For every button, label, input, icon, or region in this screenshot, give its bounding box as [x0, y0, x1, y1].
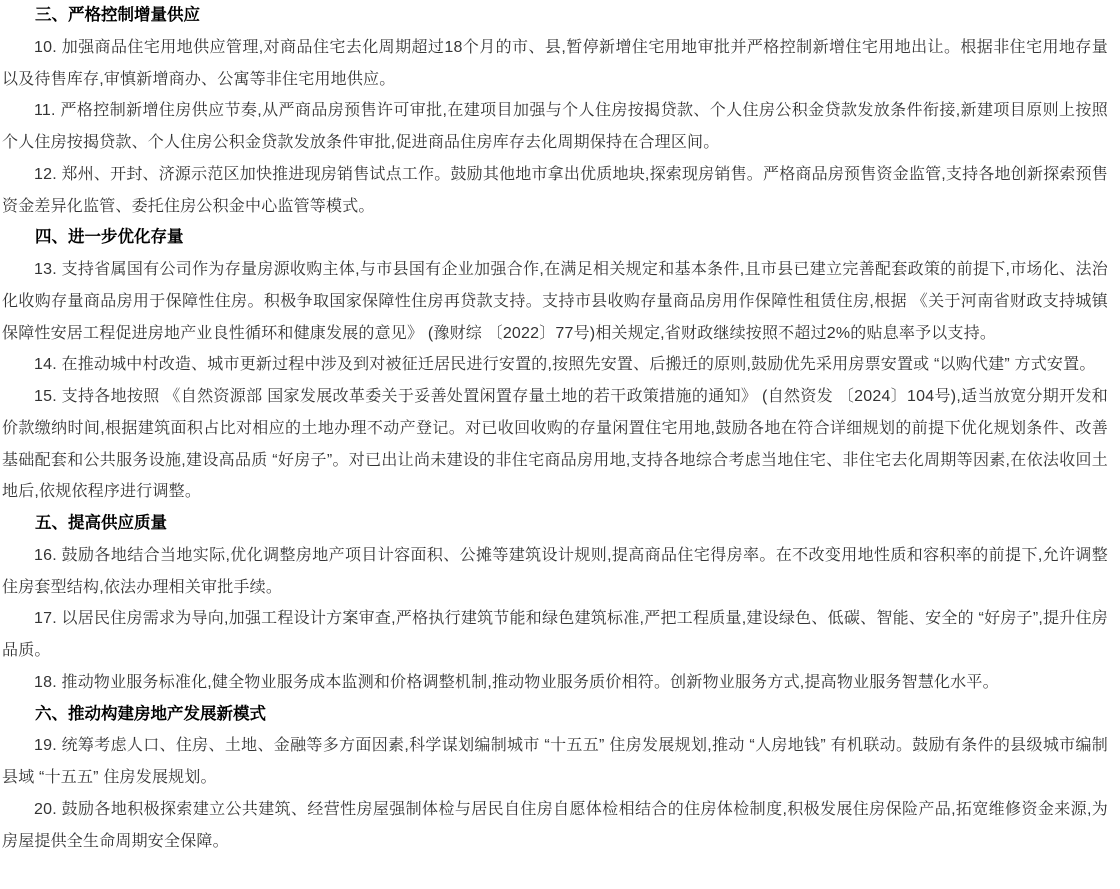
policy-document-body: 三、严格控制增量供应 10. 加强商品住宅用地供应管理,对商品住宅去化周期超过1…	[0, 0, 1120, 857]
section-heading: 六、推动构建房地产发展新模式	[2, 699, 1108, 731]
paragraph-12: 12. 郑州、开封、济源示范区加快推进现房销售试点工作。鼓励其他地市拿出优质地块…	[2, 159, 1108, 223]
section-new-development-model: 六、推动构建房地产发展新模式 19. 统筹考虑人口、住房、土地、金融等多方面因素…	[2, 699, 1108, 858]
section-heading: 三、严格控制增量供应	[2, 0, 1108, 32]
paragraph-11: 11. 严格控制新增住房供应节奏,从严商品房预售许可审批,在建项目加强与个人住房…	[2, 95, 1108, 159]
section-improve-supply-quality: 五、提高供应质量 16. 鼓励各地结合当地实际,优化调整房地产项目计容面积、公摊…	[2, 508, 1108, 699]
paragraph-19: 19. 统筹考虑人口、住房、土地、金融等多方面因素,科学谋划编制城市 “十五五”…	[2, 730, 1108, 794]
section-optimize-existing-stock: 四、进一步优化存量 13. 支持省属国有公司作为存量房源收购主体,与市县国有企业…	[2, 222, 1108, 508]
paragraph-14: 14. 在推动城中村改造、城市更新过程中涉及到对被征迁居民进行安置的,按照先安置…	[2, 349, 1108, 381]
paragraph-10: 10. 加强商品住宅用地供应管理,对商品住宅去化周期超过18个月的市、县,暂停新…	[2, 32, 1108, 96]
section-strict-control-incremental-supply: 三、严格控制增量供应 10. 加强商品住宅用地供应管理,对商品住宅去化周期超过1…	[2, 0, 1108, 222]
paragraph-17: 17. 以居民住房需求为导向,加强工程设计方案审查,严格执行建筑节能和绿色建筑标…	[2, 603, 1108, 667]
paragraph-15: 15. 支持各地按照 《自然资源部 国家发展改革委关于妥善处置闲置存量土地的若干…	[2, 381, 1108, 508]
paragraph-16: 16. 鼓励各地结合当地实际,优化调整房地产项目计容面积、公摊等建筑设计规则,提…	[2, 540, 1108, 604]
section-heading: 五、提高供应质量	[2, 508, 1108, 540]
paragraph-18: 18. 推动物业服务标准化,健全物业服务成本监测和价格调整机制,推动物业服务质价…	[2, 667, 1108, 699]
paragraph-20: 20. 鼓励各地积极探索建立公共建筑、经营性房屋强制体检与居民自住房自愿体检相结…	[2, 794, 1108, 858]
paragraph-13: 13. 支持省属国有公司作为存量房源收购主体,与市县国有企业加强合作,在满足相关…	[2, 254, 1108, 349]
section-heading: 四、进一步优化存量	[2, 222, 1108, 254]
